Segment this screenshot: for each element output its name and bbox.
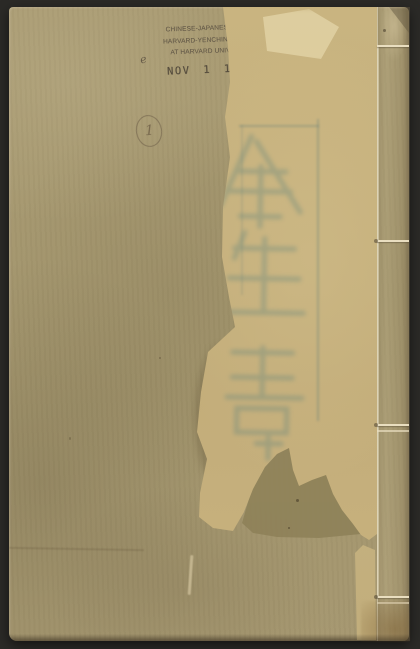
bottom-edge-shadow (9, 634, 409, 641)
speck (69, 437, 71, 440)
photo-background: CHINESE-JAPANESE LIB HARVARD-YENCHING IN… (0, 0, 420, 649)
crease-line (9, 547, 144, 551)
binding-spine-fold (377, 7, 410, 641)
date-stamp: NOV 1 19 (167, 62, 240, 77)
pasted-title-label (9, 7, 409, 641)
scratch-mark (188, 555, 194, 595)
stitch-knot-2 (374, 423, 378, 427)
speck (159, 357, 161, 359)
bleedthrough-character-smudges (186, 95, 392, 468)
stitch-knot-1 (374, 239, 378, 243)
binding-stitch-4 (377, 596, 409, 598)
binding-stitch-3 (377, 424, 409, 426)
binding-stitch-2 (377, 240, 409, 242)
handwritten-circled-number: 1 (133, 113, 164, 149)
stitch-knot-3 (374, 595, 378, 599)
speck (296, 499, 299, 502)
circled-number-text: 1 (144, 123, 154, 140)
speck (383, 29, 386, 32)
handwritten-squiggle: e (139, 52, 148, 66)
book-cover: CHINESE-JAPANESE LIB HARVARD-YENCHING IN… (9, 7, 409, 641)
binding-stitch-1 (377, 45, 409, 47)
pale-paper-patch (257, 9, 345, 61)
binding-vertical-thread (377, 45, 379, 598)
speck (288, 527, 290, 529)
